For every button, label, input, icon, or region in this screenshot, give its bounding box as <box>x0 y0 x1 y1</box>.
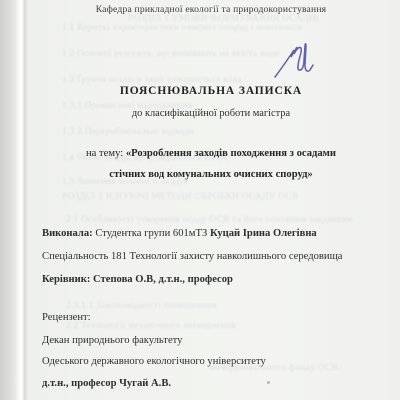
bleed-through-line: 1.3 Ґрунти осаду, у яких утворюється вод… <box>62 75 242 85</box>
bleed-through-line: 2.1 Особливості утворення осаду ОСВ та й… <box>66 215 353 225</box>
document-title: ПОЯСНЮВАЛЬНА ЗАПИСКА <box>30 85 392 97</box>
specialty-line: Спеціальность 181 Технології захисту нав… <box>42 251 342 262</box>
bleed-through-line: 2.3.1.1 Закономірності зневоднення <box>66 301 217 311</box>
reviewer-label: Рецензент: <box>42 312 91 323</box>
scanned-title-page: РОЗДІЛ 1 УМОВИ ФОРМУВАННЯ ОСАДІВ1.1 Коро… <box>0 0 400 400</box>
bleed-through-line: 1.1 Короткі характеристики очисних спору… <box>62 23 303 33</box>
topic-text: «Розроблення заходів походження з осадам… <box>126 148 336 159</box>
reviewer-line-3: д.т.н., професор Чугай А.В. <box>42 378 171 389</box>
executor-line: Виконала: Студентка групи 601мТЗ Куцай І… <box>42 228 317 239</box>
topic-line-2: стічних вод комунальних очисних споруд» <box>30 169 392 180</box>
signature-icon <box>271 39 327 83</box>
document-subtitle: до класифікаційної роботи магістра <box>30 108 392 119</box>
executor-name: Куцай Ірина Олегівна <box>210 228 317 239</box>
bleed-through-line: 1.2 Основні реагенти, що впливають на як… <box>62 49 280 59</box>
bleed-through-line: 2.2 Технології механічного зневоднення <box>66 321 236 331</box>
department-line: Кафедра прикладної екології та природоко… <box>30 4 392 15</box>
topic-prefix: на тему: <box>86 148 126 159</box>
executor-label: Виконала: <box>42 228 93 239</box>
bleed-through-line: 1.3.2 Перероблювальні відходи <box>62 127 194 137</box>
executor-role: Студентка групи 601мТЗ <box>93 228 210 239</box>
supervisor-line: Керівник: Степова О.В, д.т.н., професор <box>42 274 233 285</box>
page-spine-edge <box>0 0 28 400</box>
topic-line-1: на тему: «Розроблення заходів походження… <box>30 148 392 159</box>
scan-speck <box>267 381 270 384</box>
bleed-through-line: РОЗДІЛ 2 ІСНУЮЧІ МЕТОДИ ОБРОБКИ ОСАДУ ОС… <box>62 192 298 202</box>
reviewer-line-2: Одеського державного екологічного універ… <box>42 356 266 367</box>
reviewer-line-1: Декан природнього факультету <box>42 335 182 346</box>
